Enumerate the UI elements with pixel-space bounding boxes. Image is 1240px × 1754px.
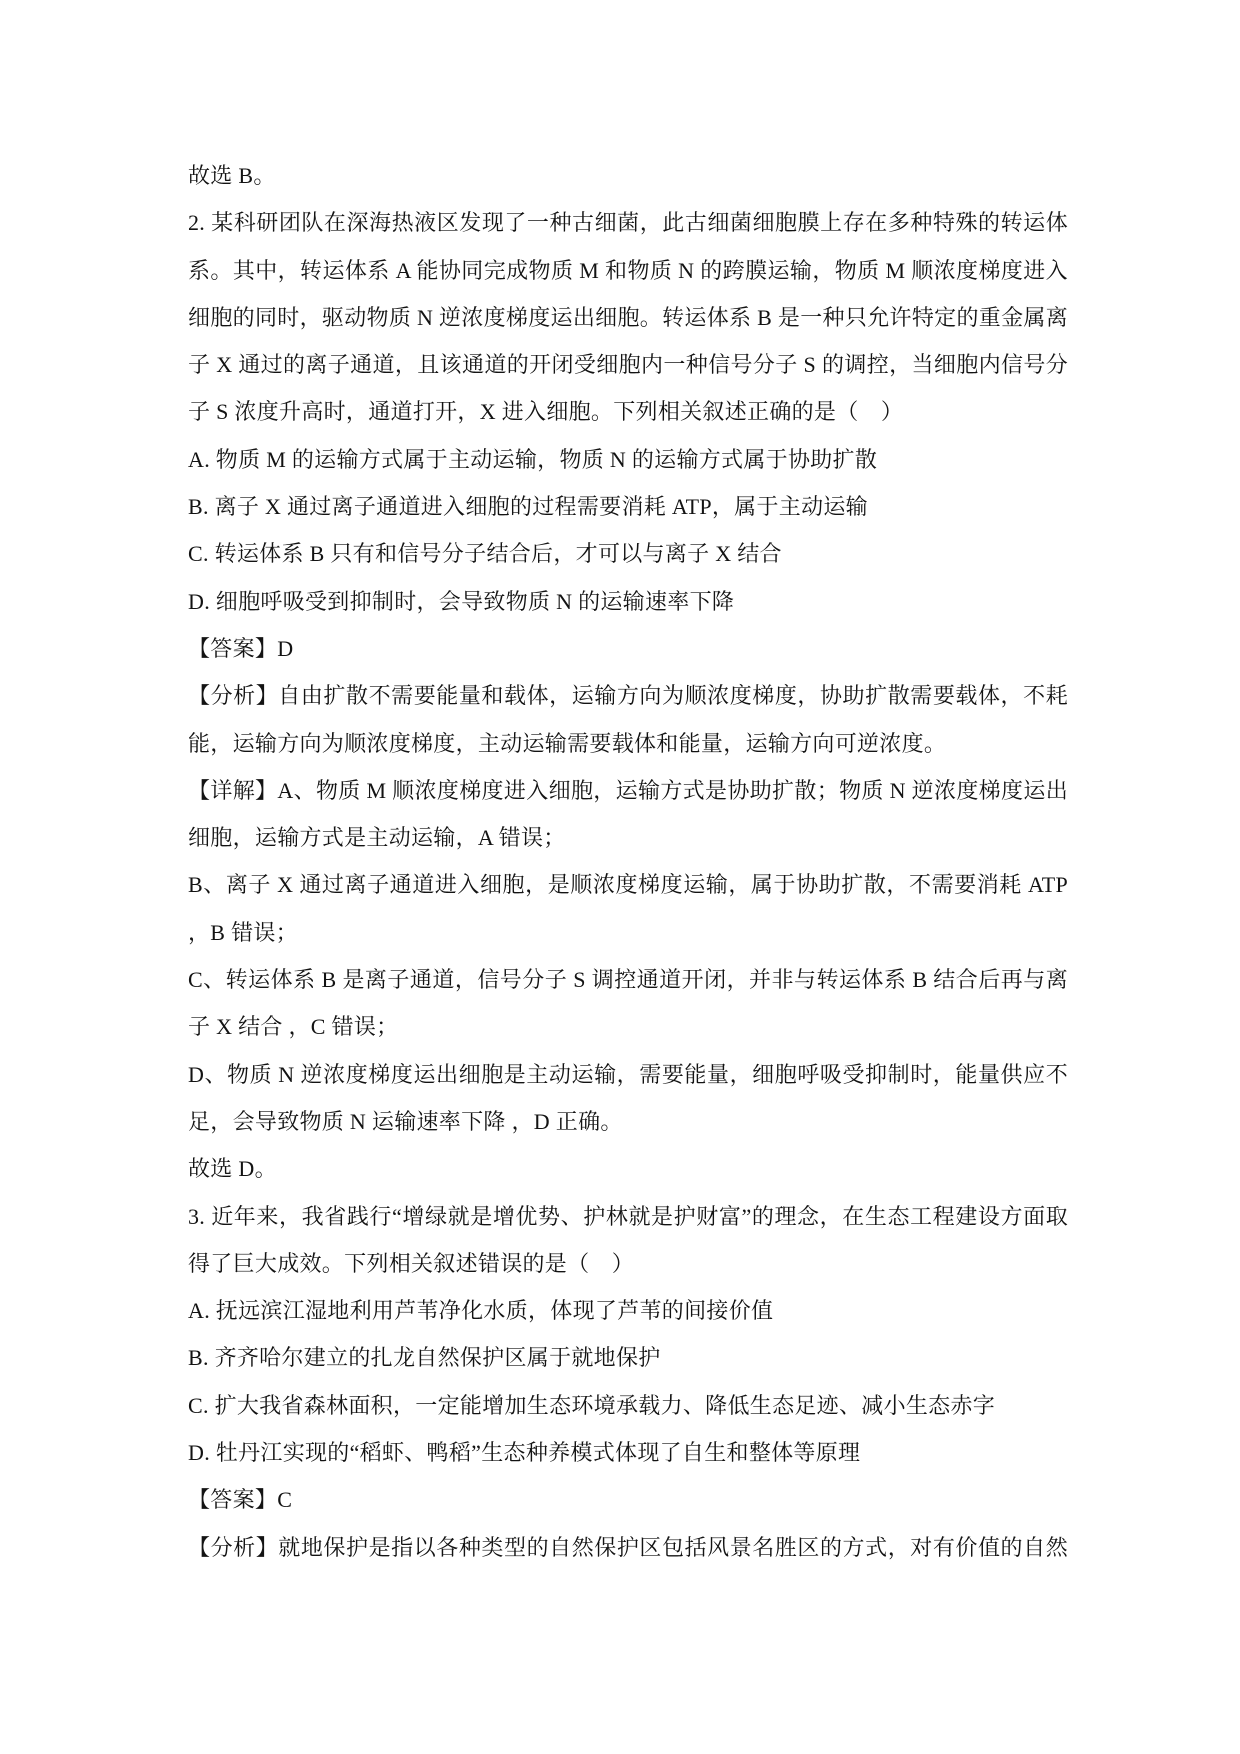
text-line-23: 3. 近年来，我省践行“增绿就是增优势、护林就是护财富”的理念，在生态工程建设方… (188, 1193, 1068, 1240)
text-line-18: C、转运体系 B 是离子通道，信号分子 S 调控通道开闭，并非与转运体系 B 结… (188, 956, 1068, 1003)
text-line-15: 细胞，运输方式是主动运输，A 错误； (188, 814, 1068, 861)
text-line-13: 能，运输方向为顺浓度梯度，主动运输需要载体和能量，运输方向可逆浓度。 (188, 720, 1068, 767)
text-line-16: B、离子 X 通过离子通道进入细胞，是顺浓度梯度运输，属于协助扩散，不需要消耗 … (188, 861, 1068, 908)
text-line-24: 得了巨大成效。下列相关叙述错误的是（ ） (188, 1240, 1068, 1287)
text-line-27: C. 扩大我省森林面积，一定能增加生态环境承载力、降低生态足迹、减小生态赤字 (188, 1382, 1068, 1429)
text-line-7: A. 物质 M 的运输方式属于主动运输，物质 N 的运输方式属于协助扩散 (188, 436, 1068, 483)
text-line-28: D. 牡丹江实现的“稻虾、鸭稻”生态种养模式体现了自生和整体等原理 (188, 1429, 1068, 1476)
text-line-8: B. 离子 X 通过离子通道进入细胞的过程需要消耗 ATP，属于主动运输 (188, 483, 1068, 530)
text-line-21: 足，会导致物质 N 运输速率下降 ，D 正确。 (188, 1098, 1068, 1145)
text-line-11: 【答案】D (188, 625, 1068, 672)
text-line-26: B. 齐齐哈尔建立的扎龙自然保护区属于就地保护 (188, 1334, 1068, 1381)
text-line-29: 【答案】C (188, 1476, 1068, 1523)
text-line-2: 2. 某科研团队在深海热液区发现了一种古细菌，此古细菌细胞膜上存在多种特殊的转运… (188, 199, 1068, 246)
text-line-10: D. 细胞呼吸受到抑制时，会导致物质 N 的运输速率下降 (188, 578, 1068, 625)
text-line-3: 系。其中，转运体系 A 能协同完成物质 M 和物质 N 的跨膜运输，物质 M 顺… (188, 247, 1068, 294)
text-line-17: ，B 错误； (188, 909, 1068, 956)
text-line-20: D、物质 N 逆浓度梯度运出细胞是主动运输，需要能量，细胞呼吸受抑制时，能量供应… (188, 1051, 1068, 1098)
document-body: 故选 B。2. 某科研团队在深海热液区发现了一种古细菌，此古细菌细胞膜上存在多种… (188, 152, 1068, 1571)
text-line-9: C. 转运体系 B 只有和信号分子结合后，才可以与离子 X 结合 (188, 530, 1068, 577)
text-line-6: 子 S 浓度升高时，通道打开，X 进入细胞。下列相关叙述正确的是（ ） (188, 388, 1068, 435)
text-line-12: 【分析】自由扩散不需要能量和载体，运输方向为顺浓度梯度，协助扩散需要载体，不耗 (188, 672, 1068, 719)
text-line-25: A. 抚远滨江湿地利用芦苇净化水质，体现了芦苇的间接价值 (188, 1287, 1068, 1334)
text-line-5: 子 X 通过的离子通道，且该通道的开闭受细胞内一种信号分子 S 的调控，当细胞内… (188, 341, 1068, 388)
text-line-30: 【分析】就地保护是指以各种类型的自然保护区包括风景名胜区的方式，对有价值的自然 (188, 1524, 1068, 1571)
text-line-14: 【详解】A、物质 M 顺浓度梯度进入细胞，运输方式是协助扩散；物质 N 逆浓度梯… (188, 767, 1068, 814)
text-line-22: 故选 D。 (188, 1145, 1068, 1192)
text-line-19: 子 X 结合 ，C 错误； (188, 1003, 1068, 1050)
text-line-1: 故选 B。 (188, 152, 1068, 199)
text-line-4: 细胞的同时，驱动物质 N 逆浓度梯度运出细胞。转运体系 B 是一种只允许特定的重… (188, 294, 1068, 341)
document-page: 故选 B。2. 某科研团队在深海热液区发现了一种古细菌，此古细菌细胞膜上存在多种… (0, 0, 1240, 1754)
